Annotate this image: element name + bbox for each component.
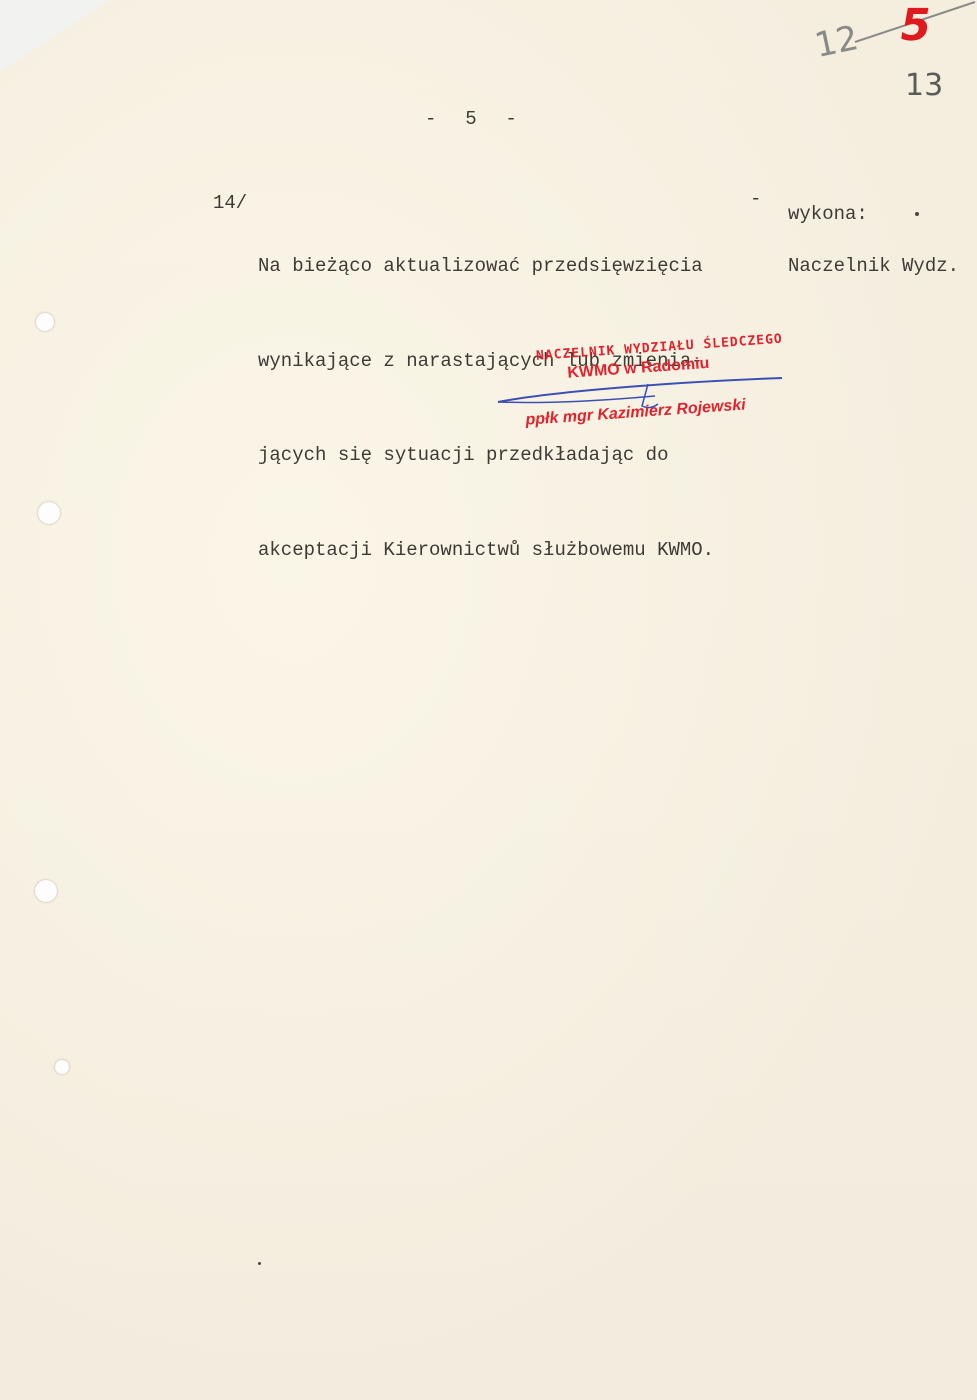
- speck: [258, 1262, 261, 1265]
- speck: [915, 212, 919, 216]
- item-line: Na bieżąco aktualizować przedsięwzięcia: [258, 251, 714, 283]
- page-number: - 5 -: [425, 108, 519, 130]
- item-line: jących się sytuacji przedkładając do: [258, 440, 714, 472]
- punch-hole: [55, 1060, 69, 1074]
- item-line: akceptacji Kierownictwů służbowemu KWMO.: [258, 535, 714, 567]
- executor-block: wykona: Naczelnik Wydz.: [788, 188, 959, 292]
- executor-name: Naczelnik Wydz.: [788, 240, 959, 292]
- punch-hole: [35, 880, 57, 902]
- item-number: 14/: [213, 188, 247, 220]
- punch-hole: [36, 313, 54, 331]
- executor-label: wykona:: [788, 188, 959, 240]
- punch-hole: [38, 502, 60, 524]
- item-dash: -: [750, 188, 761, 210]
- handwritten-page-number: 13: [905, 68, 943, 103]
- folded-corner: [0, 0, 110, 72]
- signature: [490, 370, 790, 420]
